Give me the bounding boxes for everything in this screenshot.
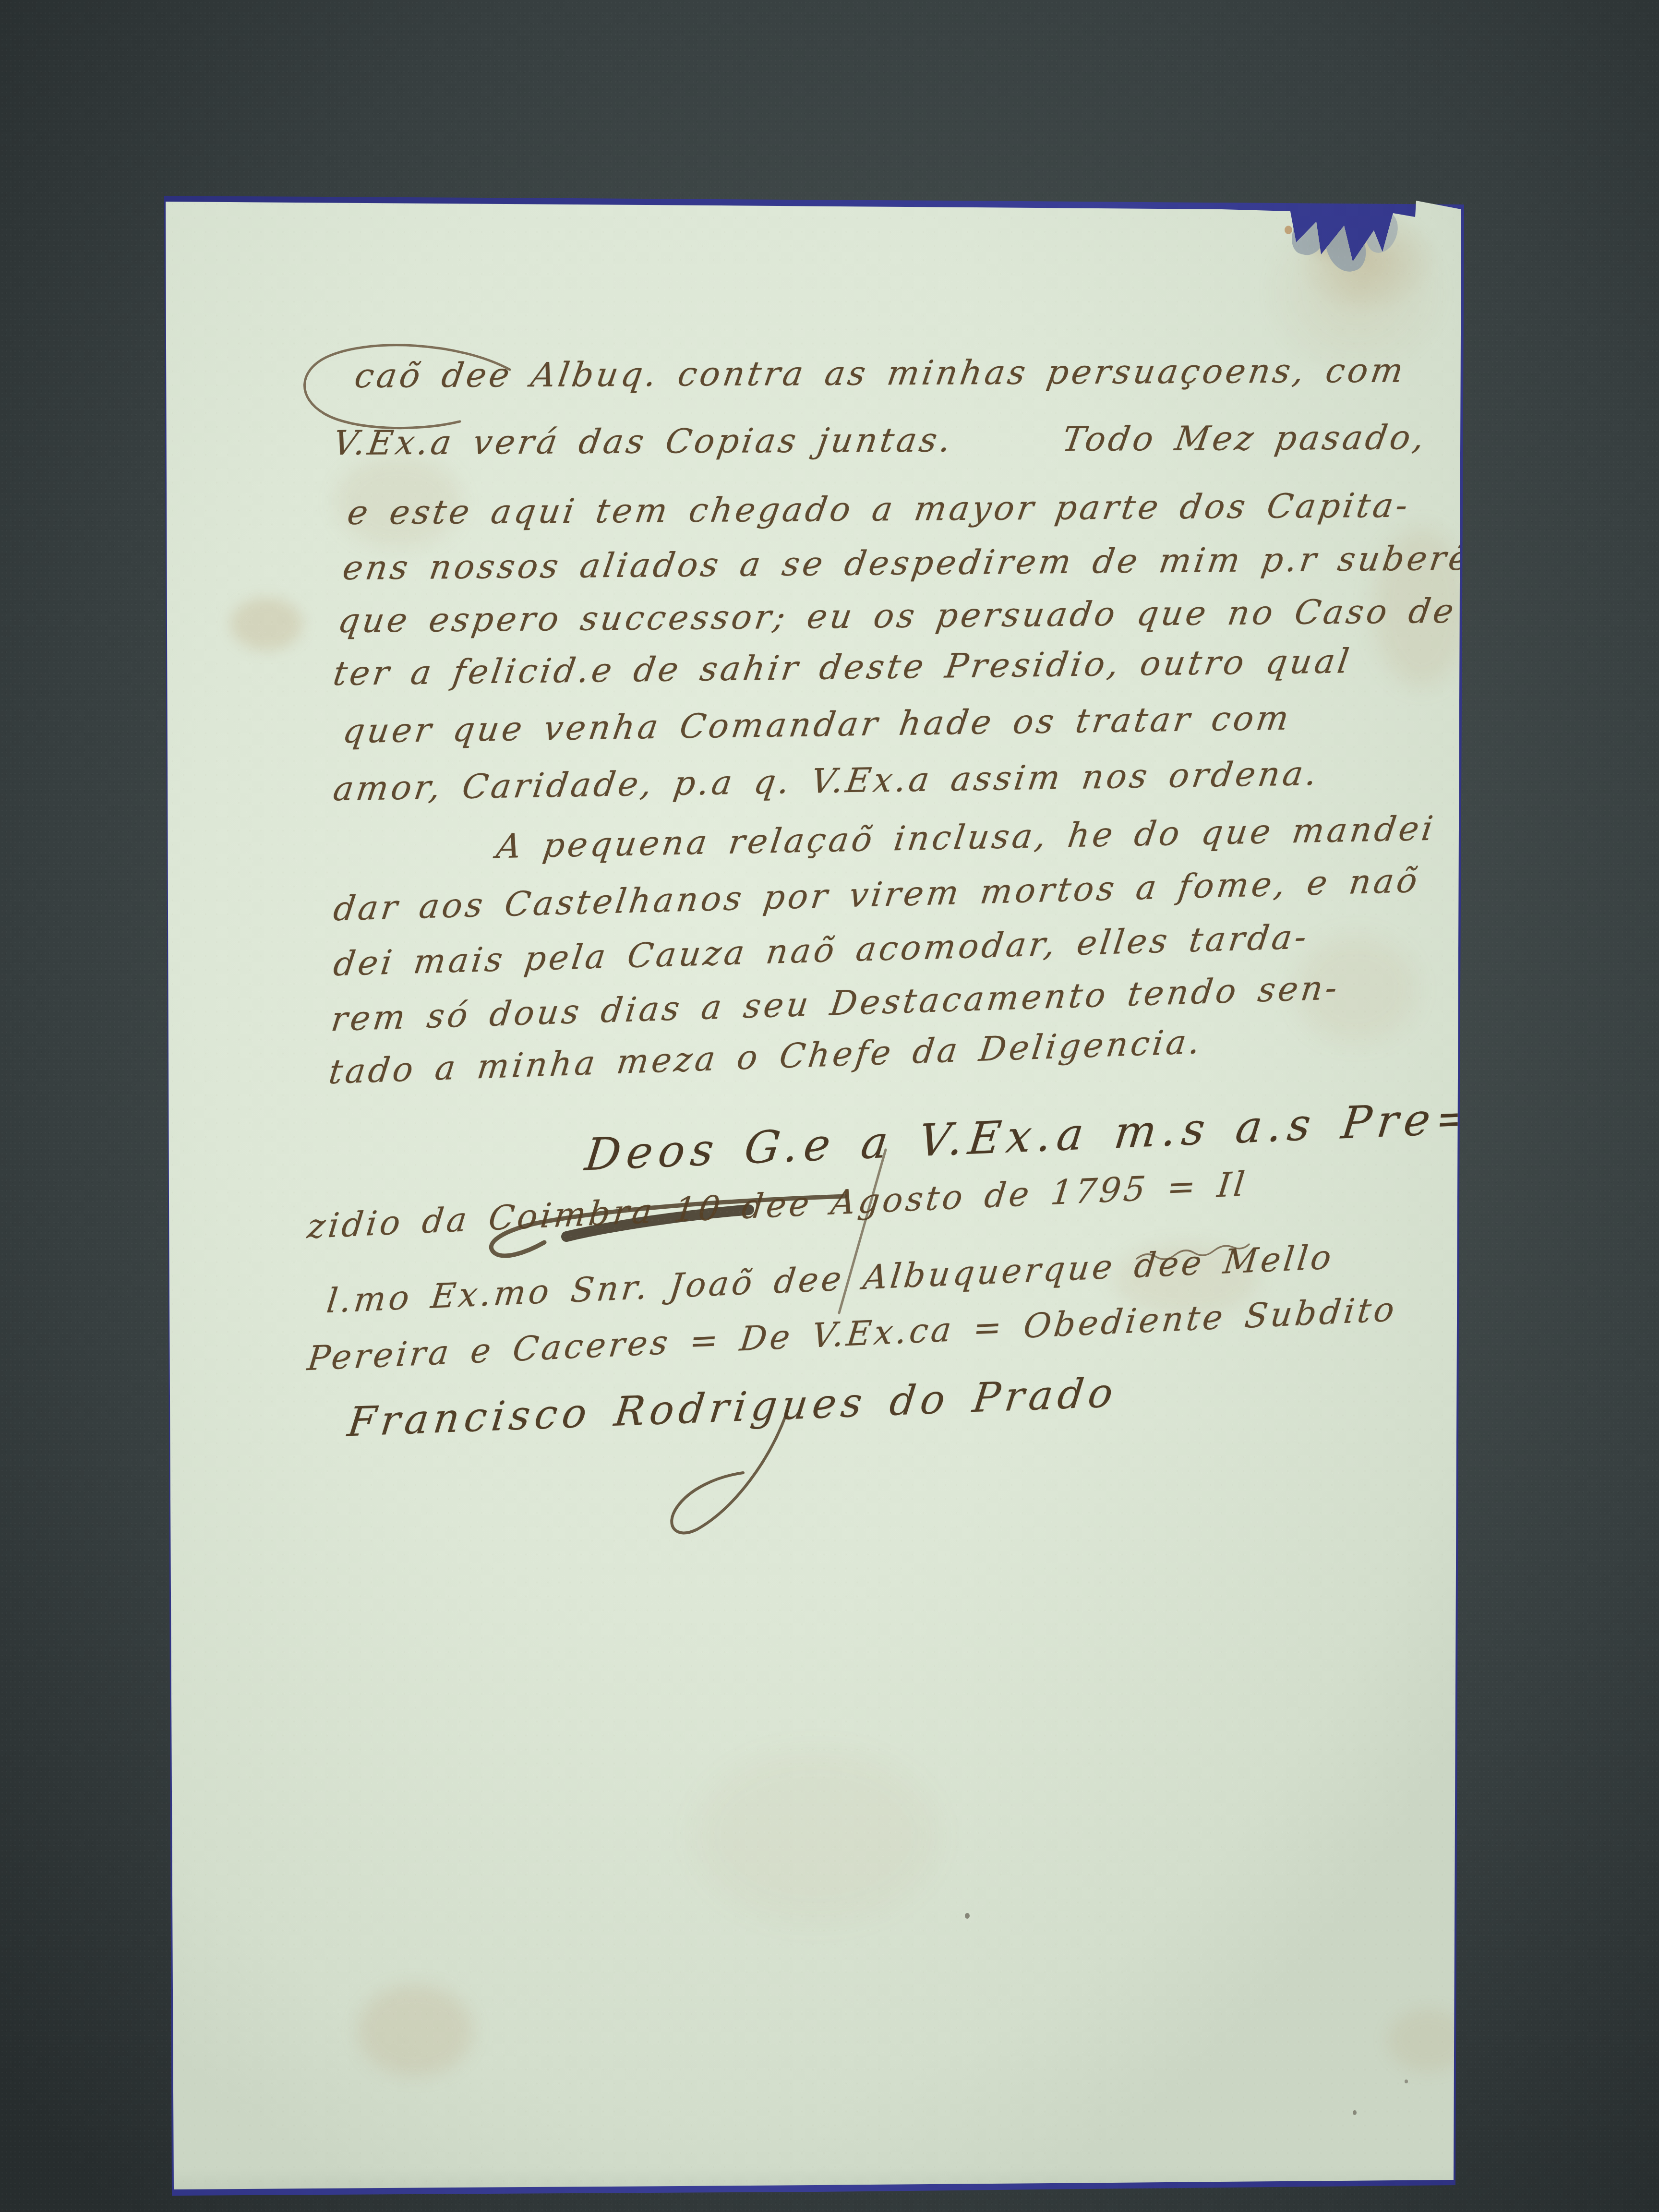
manuscript-line: A pequena relaçaõ inclusa, he do que man… <box>494 811 1438 863</box>
rust-dot <box>1285 226 1292 234</box>
manuscript-line: dei mais pela Cauza naõ acomodar, elles … <box>332 920 1311 981</box>
ink-speck <box>1353 2110 1357 2115</box>
manuscript-line: V.Ex.a verá das Copias juntas. Todo Mez … <box>331 421 1429 460</box>
signature: Francisco Rodrigues do Prado <box>346 1372 1120 1442</box>
foxing-stain <box>1387 2009 1469 2071</box>
foxing-stain <box>358 1985 473 2076</box>
manuscript-line: amor, Caridade, p.a q. V.Ex.a assim nos … <box>331 757 1322 805</box>
photo-backdrop: caõ dee Albuq. contra as minhas persuaço… <box>0 0 1659 2212</box>
ink-speck <box>965 1913 970 1919</box>
foxing-stain <box>696 1752 936 1920</box>
closing-salutation-line: Deos G.e a V.Ex.a m.s a.s Pre= <box>583 1095 1481 1178</box>
manuscript-line: que espero successor; eu os persuado que… <box>336 594 1459 637</box>
foxing-stain <box>230 598 302 650</box>
dateline: zidio da Coimbra 10 dee Agosto de 1795 =… <box>306 1167 1249 1243</box>
manuscript-line: ter a felicid.e de sahir deste Presidio,… <box>331 644 1354 690</box>
manuscript-line: quer que venha Comandar hade os tratar c… <box>341 701 1294 748</box>
manuscript-line: ens nossos aliados a se despedirem de mi… <box>341 541 1474 585</box>
manuscript-page: caõ dee Albuq. contra as minhas persuaço… <box>0 0 1659 2212</box>
manuscript-line: e este aqui tem chegado a mayor parte do… <box>345 489 1413 530</box>
ink-speck <box>1405 2080 1408 2083</box>
manuscript-line: dar aos Castelhanos por virem mortos a f… <box>332 864 1422 926</box>
manuscript-line: caõ dee Albuq. contra as minhas persuaço… <box>352 354 1408 393</box>
